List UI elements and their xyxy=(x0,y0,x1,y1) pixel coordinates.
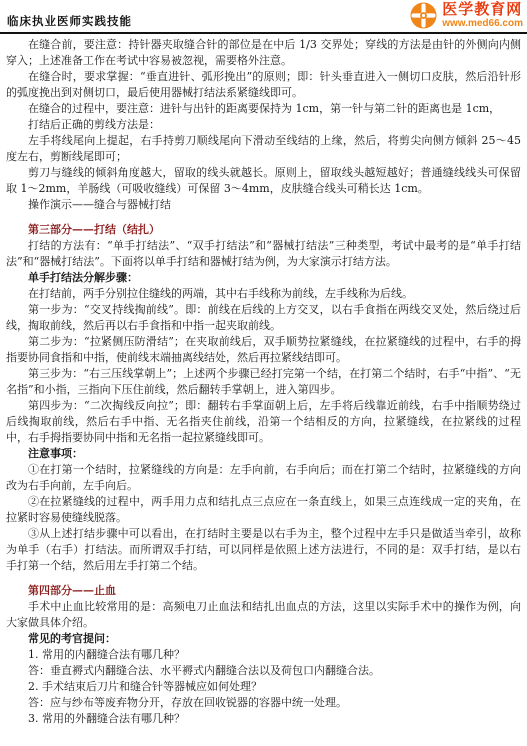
section-heading: 第三部分——打结（结扎） xyxy=(6,222,521,238)
paragraph: 打结后正确的剪线方法是： xyxy=(6,117,521,133)
document-body: 在缝合前，要注意：持针器夹取缝合针的部位是在中后 1/3 交界处；穿线的方法是由… xyxy=(0,34,527,727)
paragraph: 答：垂直褥式内翻缝合法、水平褥式内翻缝合法以及荷包口内翻缝合法。 xyxy=(6,663,521,679)
paragraph: 1. 常用的内翻缝合法有哪几种？ xyxy=(6,647,521,663)
paragraph: 左手将线尾向上提起，右手持剪刀顺线尾向下滑动至线结的上缘，然后，将剪尖向侧方倾斜… xyxy=(6,133,521,165)
paragraph: 剪刀与缝线的倾斜角度越大，留取的线头就越长。原则上，留取线头越短越好；普通缝线线… xyxy=(6,165,521,197)
paragraph: 第一步为：“交叉持线掏前线”。即：前线在后线的上方交叉，以右手食指在两线交叉处，… xyxy=(6,302,521,334)
logo-site-name: 医学教育网 xyxy=(442,2,523,17)
paragraph: ①在打第一个结时，拉紧缝线的方向是：左手向前，右手向后；而在打第二个结时，拉紧缝… xyxy=(6,462,521,494)
paragraph: 在缝合前，要注意：持针器夹取缝合针的部位是在中后 1/3 交界处；穿线的方法是由… xyxy=(6,37,521,69)
sub-heading: 注意事项： xyxy=(6,446,521,462)
paragraph: 2. 手术结束后刀片和缝合针等器械应如何处理？ xyxy=(6,679,521,695)
paragraph: 在打结前，两手分别拉住缝线的两端，其中右手线称为前线，左手线称为后线。 xyxy=(6,286,521,302)
doc-title: 临床执业医师实践技能 xyxy=(7,13,132,29)
logo-site-url: www.med66.com xyxy=(442,19,523,29)
document-page: 临床执业医师实践技能 医学教育网 www.med66.com 在缝合前，要注意：… xyxy=(0,0,527,746)
sub-heading: 单手打结法分解步骤： xyxy=(6,270,521,286)
cross-circle-icon xyxy=(410,2,437,29)
paragraph: 第三步为：“右三压线掌朝上”；上述两个步骤已经打完第一个结，在打第二个结时，右手… xyxy=(6,366,521,398)
paragraph: 操作演示——缝合与器械打结 xyxy=(6,197,521,213)
section-heading: 第四部分——止血 xyxy=(6,583,521,599)
sub-heading: 常见的考官提问： xyxy=(6,631,521,647)
paragraph: 手术中止血比较常用的是：高频电刀止血法和结扎出血点的方法，这里以实际手术中的操作… xyxy=(6,599,521,631)
logo-text: 医学教育网 www.med66.com xyxy=(442,2,523,29)
paragraph: ③从上述打结步骤中可以看出，在打结时主要是以右手为主，整个过程中左手只是做适当牵… xyxy=(6,526,521,574)
paragraph: 在缝合的过程中，要注意：进针与出针的距离要保持为 1cm，第一针与第二针的距离也… xyxy=(6,101,521,117)
paragraph: 第二步为：“拉紧侧压防滑结”；在夹取前线后，双手顺势拉紧缝线，在拉紧缝线的过程中… xyxy=(6,334,521,366)
paragraph: ②在拉紧缝线的过程中，两手用力点和结扎点三点应在一条直线上，如果三点连线成一定的… xyxy=(6,494,521,526)
paragraph: 第四步为：“二次掏线反向拉”；即：翻转右手掌面朝上后，左手将后线靠近前线，右手中… xyxy=(6,398,521,446)
paragraph: 答：应与纱布等废弃物分开，存放在回收锐器的容器中统一处理。 xyxy=(6,695,521,711)
paragraph: 在缝合时，要求掌握：“垂直进针、弧形挽出”的原则；即：针头垂直进入一侧切口皮肤，… xyxy=(6,69,521,101)
paragraph: 3. 常用的外翻缝合法有哪几种？ xyxy=(6,711,521,727)
med66-logo: 医学教育网 www.med66.com xyxy=(410,2,523,29)
page-header: 临床执业医师实践技能 医学教育网 www.med66.com xyxy=(0,0,527,34)
paragraph: 打结的方法有：“单手打结法”、“双手打结法”和“器械打结法”三种类型，考试中最考… xyxy=(6,238,521,270)
